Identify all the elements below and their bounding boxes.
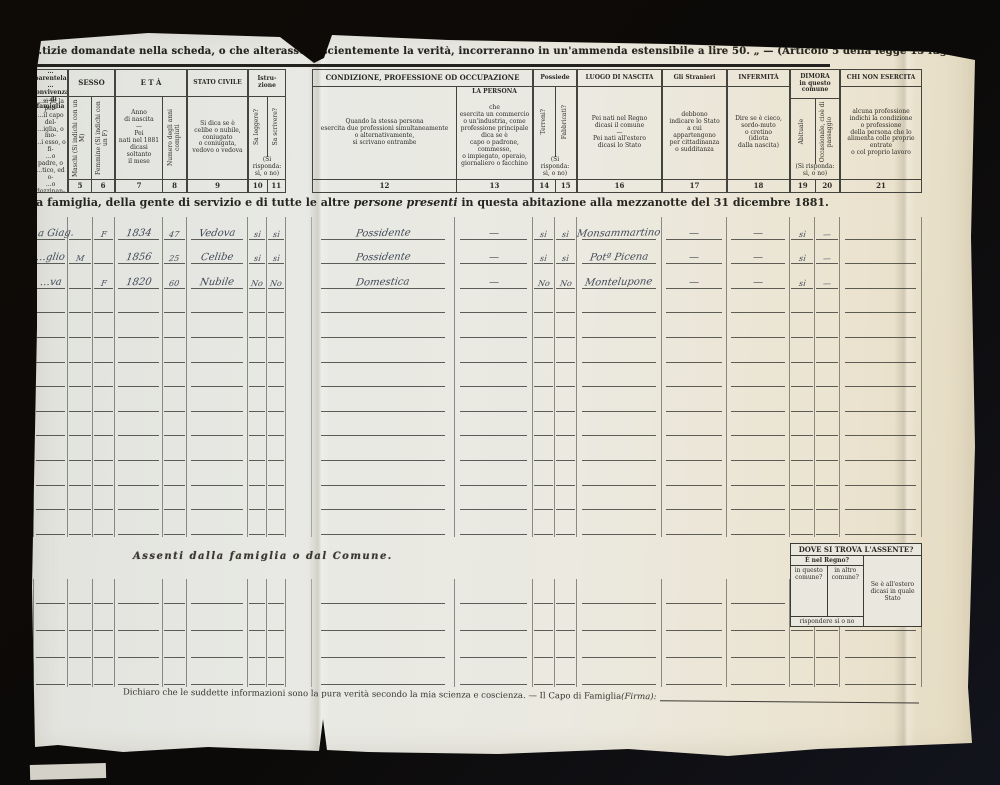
cell <box>662 389 727 414</box>
col-sa-scrivere: Sa scrivere? <box>273 108 280 145</box>
cell: sì <box>790 217 815 242</box>
cell <box>187 488 248 513</box>
cell: sì <box>533 217 555 242</box>
cell <box>790 438 815 463</box>
cell <box>267 340 286 365</box>
cell: — <box>727 266 790 291</box>
cell <box>93 291 115 316</box>
cell: — <box>727 217 790 242</box>
cell <box>68 512 93 537</box>
cell <box>248 389 267 414</box>
col-number-17: 17 <box>663 180 726 192</box>
cell <box>33 438 68 463</box>
col-istruzione-nota: (Si risponda: sì, o no) <box>249 157 285 179</box>
table-row <box>33 365 922 390</box>
col-eta-title: E T À <box>116 70 186 97</box>
cell <box>312 340 455 365</box>
cell: 1820 <box>115 266 163 291</box>
cell <box>68 579 93 606</box>
in-altro-comune-label: in altro comune? <box>827 566 864 616</box>
cell <box>662 488 727 513</box>
col-anni-compiuti: Numero degli anni compiuti <box>168 97 182 179</box>
cell <box>286 389 312 414</box>
cell <box>815 438 840 463</box>
cell <box>312 488 455 513</box>
cell <box>815 315 840 340</box>
cell: — <box>662 242 727 267</box>
cell <box>68 340 93 365</box>
cell <box>68 291 93 316</box>
cell <box>577 414 662 439</box>
cell <box>790 660 815 687</box>
cell: No <box>533 266 555 291</box>
col-occasionale: Occasionale, cioè di passaggio <box>820 99 834 164</box>
cell <box>555 438 577 463</box>
col-number-7: 7 <box>116 180 162 192</box>
e-nel-regno-label: È nel Regno? <box>791 556 863 566</box>
handwritten-entry: — <box>752 228 764 239</box>
cell <box>533 660 555 687</box>
cell <box>187 633 248 660</box>
col-luogo-nascita: LUOGO DI NASCITA Pei nati nel Regno dica… <box>577 69 662 193</box>
cell <box>33 606 68 633</box>
cell <box>662 291 727 316</box>
assenti-section-heading: Assenti dalla famiglia o dal Comune. <box>133 551 393 562</box>
cell <box>662 463 727 488</box>
cell <box>790 463 815 488</box>
cell <box>840 266 922 291</box>
col-number-10: 10 <box>249 180 267 192</box>
cell <box>286 340 312 365</box>
col-number-18: 18 <box>728 180 789 192</box>
cell <box>727 633 790 660</box>
cell <box>533 579 555 606</box>
cell <box>163 463 187 488</box>
firma-label: (Firma): <box>621 692 656 702</box>
cell <box>286 242 312 267</box>
table-row <box>33 660 922 687</box>
cell: …va <box>33 266 68 291</box>
cell <box>68 438 93 463</box>
col-chi-title: CHI NON ESERCITA <box>841 70 921 87</box>
cell <box>455 660 533 687</box>
cell <box>267 488 286 513</box>
cell <box>727 660 790 687</box>
handwritten-entry: No <box>250 279 263 288</box>
cell <box>840 660 922 687</box>
cell <box>68 315 93 340</box>
handwritten-entry: Domestica <box>355 276 410 288</box>
table-row <box>33 633 922 660</box>
cell <box>286 633 312 660</box>
handwritten-entry: sì <box>272 230 280 239</box>
estero-label: Se è all'estero dicasi in quale Stato <box>864 556 921 626</box>
cell <box>312 315 455 340</box>
cell <box>286 217 312 242</box>
handwritten-entry: M <box>75 254 85 263</box>
handwritten-entry: — <box>688 228 700 239</box>
cell <box>727 488 790 513</box>
cell <box>455 340 533 365</box>
cell <box>115 463 163 488</box>
cell <box>248 463 267 488</box>
handwritten-entry: No <box>269 279 282 288</box>
col-sa-leggere: Sa leggere? <box>254 109 261 145</box>
cell <box>163 579 187 606</box>
table-row <box>33 606 922 633</box>
handwritten-entry: sì <box>253 230 261 239</box>
cell <box>577 315 662 340</box>
cell: — <box>815 242 840 267</box>
cell <box>33 512 68 537</box>
cell <box>267 660 286 687</box>
cell <box>115 389 163 414</box>
cell <box>455 488 533 513</box>
cell: — <box>815 266 840 291</box>
table-row: …glioM185625CelibesìsìPossidente—sìsìPot… <box>33 242 922 267</box>
col-la-persona-title: LA PERSONA <box>472 89 517 96</box>
cell: sì <box>267 242 286 267</box>
presence-heading: la famiglia, della gente di servizio e d… <box>32 196 932 209</box>
cell <box>555 633 577 660</box>
col-relazione-title: …LAZIONE …parentela …convivenza …di fami… <box>34 70 67 97</box>
handwritten-entry: 1820 <box>125 277 152 288</box>
cell <box>312 606 455 633</box>
handwritten-entry: — <box>488 228 500 239</box>
cell <box>187 579 248 606</box>
cell <box>555 606 577 633</box>
residents-table: …a Giag.F183447VedovasìsìPossidente—sìsì… <box>33 217 922 537</box>
cell <box>577 365 662 390</box>
handwritten-entry: sì <box>798 254 806 263</box>
cell <box>533 633 555 660</box>
cell <box>187 389 248 414</box>
handwritten-entry: 47 <box>169 230 181 239</box>
col-number-13: 13 <box>457 180 532 192</box>
col-abituale: Abituale <box>799 119 806 144</box>
cell <box>93 606 115 633</box>
presence-em: persone presenti <box>354 196 458 209</box>
cell <box>840 488 922 513</box>
cell <box>33 633 68 660</box>
cell <box>555 579 577 606</box>
cell <box>267 463 286 488</box>
cell <box>662 315 727 340</box>
cell <box>312 438 455 463</box>
col-professioni-desc: Quando la stessa persona esercita due pr… <box>313 87 456 179</box>
handwritten-entry: 1834 <box>125 227 152 238</box>
cell <box>33 414 68 439</box>
cell <box>163 414 187 439</box>
col-possiede: Possiede Terreni? Fabbricati? (Si rispon… <box>533 69 577 193</box>
cell <box>790 291 815 316</box>
cell <box>815 633 840 660</box>
table-row <box>33 389 922 414</box>
cell <box>455 579 533 606</box>
cell <box>577 340 662 365</box>
cell <box>533 315 555 340</box>
cell <box>68 389 93 414</box>
col-maschi-label: Maschi (Si indichi con un M) <box>73 97 87 179</box>
cell <box>93 315 115 340</box>
cell <box>68 365 93 390</box>
cell <box>727 414 790 439</box>
cell <box>68 217 93 242</box>
cell <box>662 438 727 463</box>
cell <box>662 340 727 365</box>
col-relazione-desc: …si se la per- …il capo del- …iglia, o m… <box>34 97 67 193</box>
cell <box>68 414 93 439</box>
cell <box>533 340 555 365</box>
handwritten-entry: — <box>752 252 764 263</box>
cell <box>68 606 93 633</box>
handwritten-entry: — <box>688 277 700 288</box>
cell <box>187 340 248 365</box>
cell <box>577 291 662 316</box>
dove-box-title: DOVE SI TROVA L'ASSENTE? <box>791 544 921 556</box>
cell <box>840 291 922 316</box>
cell: No <box>267 266 286 291</box>
col-condizione-title: CONDIZIONE, PROFESSIONE OD OCCUPAZIONE <box>313 70 532 87</box>
cell: M <box>68 242 93 267</box>
cell <box>577 488 662 513</box>
cell: — <box>455 217 533 242</box>
cell <box>533 606 555 633</box>
cell <box>662 660 727 687</box>
cell: sì <box>790 266 815 291</box>
cell <box>555 315 577 340</box>
table-row <box>33 579 922 606</box>
col-fabbricati: Fabbricati? <box>562 105 569 139</box>
handwritten-entry: Potª Picena <box>589 252 649 264</box>
cell <box>312 389 455 414</box>
cell: F <box>93 266 115 291</box>
cell <box>267 389 286 414</box>
handwritten-entry: No <box>559 279 572 288</box>
cell: …glio <box>33 242 68 267</box>
cell <box>93 633 115 660</box>
cell: Vedova <box>187 217 248 242</box>
cell <box>267 438 286 463</box>
cell <box>163 660 187 687</box>
cell <box>815 488 840 513</box>
cell <box>790 315 815 340</box>
cell: sì <box>555 242 577 267</box>
col-la-persona-desc: che esercita un commercio o un'industria… <box>457 96 532 179</box>
cell <box>790 512 815 537</box>
col-eta: E T À Anno di nascita — Pei nati nel 188… <box>115 69 187 193</box>
col-number-19: 19 <box>791 180 815 192</box>
cell <box>93 438 115 463</box>
cell <box>727 512 790 537</box>
cell <box>93 488 115 513</box>
cell <box>93 414 115 439</box>
col-number-21: 21 <box>841 180 921 192</box>
col-number-20: 20 <box>815 180 840 192</box>
cell <box>115 438 163 463</box>
cell: 47 <box>163 217 187 242</box>
cell <box>577 463 662 488</box>
cell: — <box>727 242 790 267</box>
cell <box>267 414 286 439</box>
cell <box>815 414 840 439</box>
cell <box>815 512 840 537</box>
cell: sì <box>248 217 267 242</box>
cell: 1834 <box>115 217 163 242</box>
cell <box>727 389 790 414</box>
table-row <box>33 488 922 513</box>
header-rule <box>33 64 830 67</box>
cell <box>312 414 455 439</box>
cell <box>533 438 555 463</box>
handwritten-entry: — <box>822 230 831 239</box>
cell: — <box>455 266 533 291</box>
cell <box>815 291 840 316</box>
cell <box>93 579 115 606</box>
cell <box>248 512 267 537</box>
cell <box>286 488 312 513</box>
handwritten-entry: No <box>537 279 550 288</box>
col-stranieri-title: Gli Stranieri <box>663 70 726 87</box>
assenti-table <box>33 579 922 687</box>
handwritten-entry: Possidente <box>355 227 411 239</box>
handwritten-entry: sì <box>253 254 261 263</box>
cell <box>286 438 312 463</box>
cell: Potª Picena <box>577 242 662 267</box>
col-number-14: 14 <box>534 180 555 192</box>
cell <box>790 340 815 365</box>
cell <box>455 606 533 633</box>
cell <box>187 463 248 488</box>
cell <box>267 579 286 606</box>
cell <box>248 291 267 316</box>
cell <box>267 365 286 390</box>
cell <box>163 633 187 660</box>
table-row <box>33 463 922 488</box>
handwritten-entry: 1856 <box>125 252 152 263</box>
cell <box>790 488 815 513</box>
handwritten-entry: — <box>822 254 831 263</box>
cell <box>248 579 267 606</box>
handwritten-entry: Montelupone <box>584 276 653 288</box>
cell <box>33 463 68 488</box>
cell <box>68 660 93 687</box>
handwritten-entry: sì <box>798 230 806 239</box>
cell: No <box>248 266 267 291</box>
cell <box>840 512 922 537</box>
cell <box>727 365 790 390</box>
cell <box>286 463 312 488</box>
handwritten-entry: Possidente <box>355 252 411 264</box>
cell <box>815 389 840 414</box>
col-istruzione: Istru- zione Sa leggere? Sa scrivere? (S… <box>248 69 286 193</box>
cell <box>115 340 163 365</box>
cell <box>248 414 267 439</box>
col-number-5: 5 <box>69 180 91 192</box>
cell <box>577 389 662 414</box>
cell <box>577 512 662 537</box>
col-number-15: 15 <box>555 180 577 192</box>
table-row <box>33 315 922 340</box>
cell <box>163 438 187 463</box>
cell <box>248 315 267 340</box>
col-relazione: …LAZIONE …parentela …convivenza …di fami… <box>33 69 68 193</box>
cell <box>577 660 662 687</box>
cell <box>555 291 577 316</box>
cell <box>815 340 840 365</box>
cell <box>455 438 533 463</box>
col-sesso-title: SESSO <box>69 70 114 97</box>
cell <box>555 660 577 687</box>
cell <box>187 414 248 439</box>
col-number-12: 12 <box>313 180 456 192</box>
presence-post: in questa abitazione alla mezzanotte del… <box>458 196 829 209</box>
handwritten-entry: Celibe <box>200 252 234 264</box>
cell <box>93 242 115 267</box>
cell: sì <box>248 242 267 267</box>
handwritten-entry: Monsammartino <box>576 227 661 239</box>
cell: 25 <box>163 242 187 267</box>
handwritten-entry: F <box>100 279 107 288</box>
table-row <box>33 512 922 537</box>
cell <box>267 633 286 660</box>
cell <box>267 512 286 537</box>
table-row <box>33 291 922 316</box>
cell <box>577 438 662 463</box>
rispondere-nota: rispondere sì o no <box>791 616 863 626</box>
cell <box>163 365 187 390</box>
cell <box>555 365 577 390</box>
cell <box>33 291 68 316</box>
cell: sì <box>555 217 577 242</box>
handwritten-entry: sì <box>561 254 569 263</box>
cell <box>68 633 93 660</box>
cell <box>533 365 555 390</box>
table-header: …LAZIONE …parentela …convivenza …di fami… <box>33 69 922 193</box>
cell <box>187 365 248 390</box>
cell <box>33 660 68 687</box>
cell: Domestica <box>312 266 455 291</box>
cell <box>533 512 555 537</box>
col-stato-civile-title: STATO CIVILE <box>188 70 247 97</box>
cell <box>115 660 163 687</box>
handwritten-entry: — <box>822 279 831 288</box>
cell: 1856 <box>115 242 163 267</box>
cell <box>187 438 248 463</box>
cell <box>727 463 790 488</box>
cell <box>790 365 815 390</box>
col-dimora-title: DIMORA in questo comune <box>791 70 839 99</box>
cell <box>115 365 163 390</box>
cell <box>455 291 533 316</box>
col-anno-nascita: Anno di nascita — Pei nati nel 1881 dica… <box>116 108 162 167</box>
cell <box>187 660 248 687</box>
col-dimora-nota: (Si risponda: sì, o no) <box>791 164 839 179</box>
cell <box>840 365 922 390</box>
cell <box>455 389 533 414</box>
cell <box>68 463 93 488</box>
cell <box>815 463 840 488</box>
handwritten-entry: sì <box>539 230 547 239</box>
col-sesso: SESSO Maschi (Si indichi con un M) Femmi… <box>68 69 115 193</box>
cell: Montelupone <box>577 266 662 291</box>
col-chi-non-esercita: CHI NON ESERCITA alcuna professione indi… <box>840 69 922 193</box>
col-dimora: DIMORA in questo comune Abituale Occasio… <box>790 69 840 193</box>
cell <box>93 389 115 414</box>
col-possiede-title: Possiede <box>534 70 576 87</box>
cell: …a Giag. <box>33 217 68 242</box>
handwritten-entry: — <box>488 277 500 288</box>
